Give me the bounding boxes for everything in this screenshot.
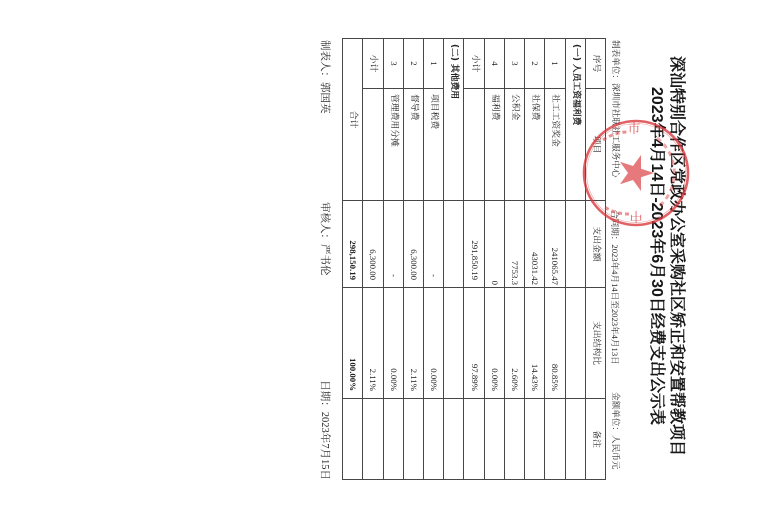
header-amount: 支出金额 — [585, 201, 605, 288]
table-row: 2 督导费 6,300.00 2.11% — [403, 39, 423, 480]
document-page: 深汕特别合作区党政办公室采购社区矫正和安置帮教项目 2023年4月14日-202… — [0, 0, 768, 512]
cell-ratio: 14.43% — [525, 288, 545, 399]
report-date: 日期：2023年7月15日 — [318, 380, 331, 480]
cell-amount — [565, 201, 585, 288]
preparer-name: 郭国英 — [319, 82, 331, 114]
table-row: 2 社保费 43031.42 14.43% — [525, 39, 545, 480]
table-total-row: 合计 298,150.19 100.00% — [343, 39, 363, 480]
expense-table: 序号 项目 支出金额 支出结构比 备注 (一) 人员工资福利费 1 社工工资奖金… — [342, 38, 606, 480]
header-remark: 备注 — [585, 399, 605, 480]
table-row: 1 项目税费 - 0.00% — [424, 39, 444, 480]
cell-ratio: 2.60% — [504, 288, 524, 399]
table-row: 1 社工工资奖金 241065.47 80.85% — [545, 39, 565, 480]
cell-amount: 241065.47 — [545, 201, 565, 288]
header-no: 序号 — [585, 39, 605, 89]
subtotal-label: 小计 — [363, 39, 383, 89]
subtotal-ratio: 97.89% — [464, 288, 484, 399]
currency-unit: 金额单位：人民币元 — [609, 392, 621, 469]
cell-ratio — [565, 288, 585, 399]
cell-no: 4 — [484, 39, 504, 89]
cell-remark — [525, 399, 545, 480]
cell-no: 3 — [504, 39, 524, 89]
table-section-row: (二) 其他费用 — [444, 39, 464, 480]
table-section-row: (一) 人员工资福利费 — [565, 39, 585, 480]
contract-period-label: 合同期： — [609, 210, 619, 244]
cell-amount: 6,300.00 — [403, 201, 423, 288]
contract-period: 合同期：2023年4月14日至2023年4月13日 — [609, 210, 621, 365]
cell-ratio: 0.00% — [484, 288, 504, 399]
preparing-unit: 制表单位：深圳市社联社工服务中心 — [609, 40, 621, 178]
cell-ratio — [444, 288, 464, 399]
cell-amount — [444, 201, 464, 288]
reviewer-label: 审核人： — [319, 202, 331, 244]
cell-item: 督导费 — [403, 89, 423, 201]
cell-remark — [504, 399, 524, 480]
table-header-row: 序号 项目 支出金额 支出结构比 备注 — [585, 39, 605, 480]
table-subtotal-row: 小计 6,300.00 2.11% — [363, 39, 383, 480]
table-row: 4 福利费 0 0.00% — [484, 39, 504, 480]
preparer: 制表人：郭国英 — [318, 40, 331, 114]
table-row: 3 公积金 7753.3 2.60% — [504, 39, 524, 480]
report-date-value: 2023年7月15日 — [319, 412, 330, 480]
subtotal-ratio: 2.11% — [363, 288, 383, 399]
cell-amount: 7753.3 — [504, 201, 524, 288]
cell-ratio: 80.85% — [545, 288, 565, 399]
cell-item: 福利费 — [484, 89, 504, 201]
cell-ratio: 2.11% — [403, 288, 423, 399]
cell-remark — [565, 399, 585, 480]
cell-no: 2 — [525, 39, 545, 89]
cell-amount: 43031.42 — [525, 201, 545, 288]
table-row: 3 管理费用分摊 - 0.00% — [383, 39, 403, 480]
cell-amount: - — [424, 201, 444, 288]
document-subtitle-period: 2023年4月14日-2023年6月30日经费支出公示表 — [647, 0, 665, 512]
cell-remark — [424, 399, 444, 480]
currency-unit-label: 金额单位： — [610, 392, 620, 435]
cell-remark — [403, 399, 423, 480]
cell-item — [464, 89, 484, 201]
cell-item: 管理费用分摊 — [383, 89, 403, 201]
cell-item: 公积金 — [504, 89, 524, 201]
total-label: 合计 — [343, 39, 363, 201]
cell-item: 项目税费 — [424, 89, 444, 201]
document-title: 深汕特别合作区党政办公室采购社区矫正和安置帮教项目 — [667, 0, 685, 512]
header-item: 项目 — [585, 89, 605, 201]
total-ratio: 100.00% — [343, 288, 363, 399]
cell-amount: 0 — [484, 201, 504, 288]
cell-ratio: 0.00% — [383, 288, 403, 399]
seal-char-left: 市 — [627, 122, 640, 137]
section-title: (二) 其他费用 — [444, 39, 464, 201]
contract-period-value: 2023年4月14日至2023年4月13日 — [610, 244, 620, 364]
reviewer-name: 严书伦 — [319, 244, 331, 276]
cell-remark — [444, 399, 464, 480]
currency-unit-value: 人民币元 — [610, 435, 620, 469]
preparing-unit-label: 制表单位： — [610, 40, 620, 83]
subtotal-amount: 6,300.00 — [363, 201, 383, 288]
cell-remark — [464, 399, 484, 480]
cell-no: 2 — [403, 39, 423, 89]
cell-amount: - — [383, 201, 403, 288]
subtotal-amount: 291,850.19 — [464, 201, 484, 288]
total-amount: 298,150.19 — [343, 201, 363, 288]
cell-remark — [363, 399, 383, 480]
cell-no: 3 — [383, 39, 403, 89]
seal-char-right: 中 — [629, 208, 642, 224]
reviewer: 审核人：严书伦 — [318, 202, 331, 276]
cell-no: 1 — [424, 39, 444, 89]
cell-no: 1 — [545, 39, 565, 89]
cell-ratio: 0.00% — [424, 288, 444, 399]
cell-item — [363, 89, 383, 201]
cell-remark — [383, 399, 403, 480]
subtotal-label: 小计 — [464, 39, 484, 89]
cell-remark — [545, 399, 565, 480]
header-ratio: 支出结构比 — [585, 288, 605, 399]
section-title: (一) 人员工资福利费 — [565, 39, 585, 201]
table-subtotal-row: 小计 291,850.19 97.89% — [464, 39, 484, 480]
cell-item: 社保费 — [525, 89, 545, 201]
cell-remark — [343, 399, 363, 480]
preparing-unit-value: 深圳市社联社工服务中心 — [610, 83, 620, 178]
cell-remark — [484, 399, 504, 480]
cell-item: 社工工资奖金 — [545, 89, 565, 201]
preparer-label: 制表人： — [319, 40, 331, 82]
report-date-label: 日期： — [319, 380, 331, 412]
